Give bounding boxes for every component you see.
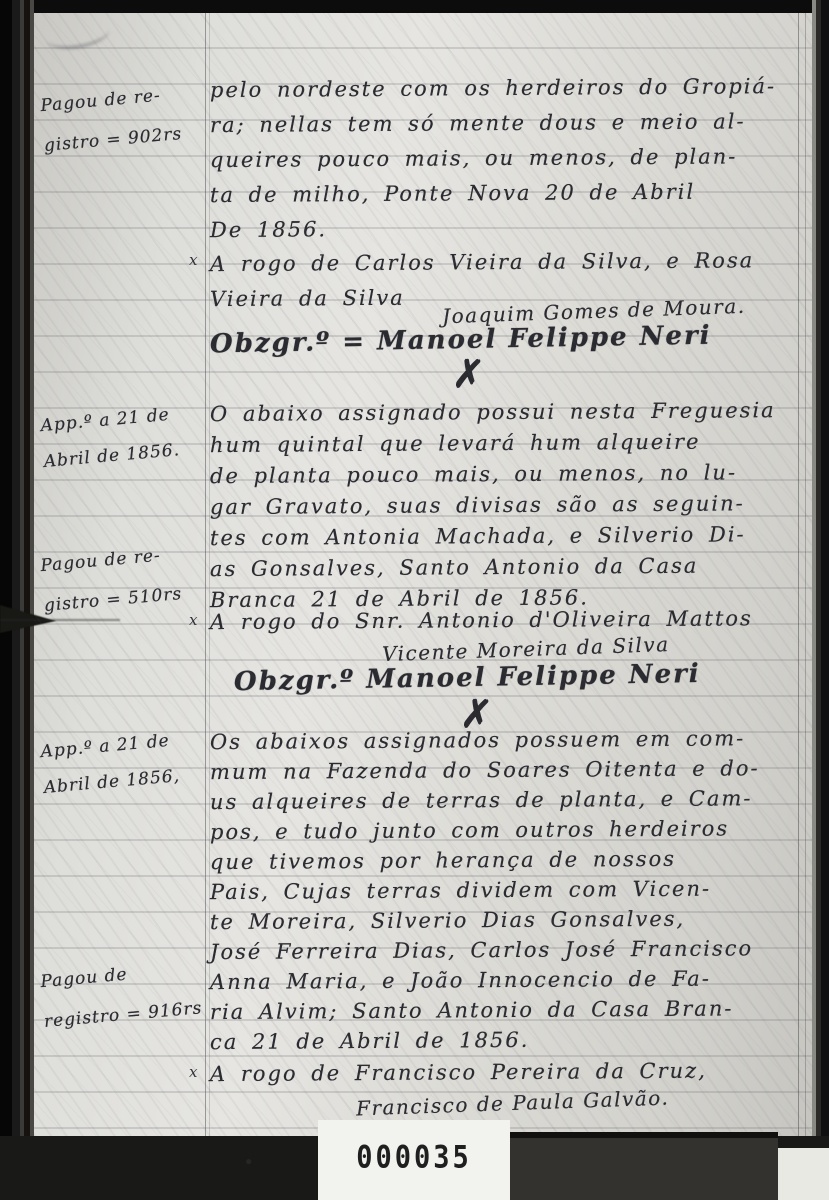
signature-cross-mark: x	[189, 611, 197, 629]
manuscript-line: ria Alvim; Santo Antonio da Casa Bran-	[210, 993, 806, 1027]
manuscript-line: Anna Maria, e João Innocencio de Fa-	[210, 963, 806, 997]
stamp-label: 000035	[318, 1120, 510, 1200]
manuscript-line: pos, e tudo junto com outros herdeiros	[210, 813, 806, 847]
manuscript-line: ta de milho, Ponte Nova 20 de Abril	[210, 174, 806, 213]
manuscript-line: us alqueires de terras de planta, e Cam-	[210, 783, 806, 817]
manuscript-line: pelo nordeste com os herdeiros do Gropiá…	[210, 69, 806, 108]
manuscript-line: ca 21 de Abril de 1856.	[210, 1023, 806, 1057]
signature-cross-mark: x	[189, 251, 197, 269]
margin-note-approved: App.º a 21 de Abril de 1856.	[39, 394, 207, 480]
manuscript-line: as Gonsalves, Santo Antonio da Casa	[210, 550, 806, 585]
scan-dark-block	[510, 1132, 778, 1200]
scanned-manuscript: Pagou de re- gistro = 902rs pelo nordest…	[0, 0, 829, 1200]
entry-2-rogo: A rogo do Snr. Antonio d'Oliveira Mattos	[210, 605, 806, 636]
manuscript-line: O abaixo assignado possui nesta Freguesi…	[210, 395, 806, 430]
faint-ink-mark	[44, 16, 112, 54]
manuscript-line: gar Gravato, suas divisas são as seguin-	[210, 488, 806, 523]
entry-1-body: pelo nordeste com os herdeiros do Gropiá…	[210, 71, 806, 246]
manuscript-line: hum quintal que levará hum alqueire	[210, 426, 806, 461]
book-spine-edge	[0, 0, 34, 1136]
manuscript-line: tes com Antonia Machada, e Silverio Di-	[210, 519, 806, 554]
manuscript-line: queires pouco mais, ou menos, de plan-	[210, 139, 806, 178]
margin-note-registro-510: Pagou de re- gistro = 510rs	[39, 532, 207, 626]
margin-note-approved: App.º a 21 de Abril de 1856,	[39, 720, 207, 806]
signature-cross-mark: x	[189, 1063, 197, 1081]
entry-3-body: Os abaixos assignados possuem em com- mu…	[210, 725, 806, 1055]
manuscript-line: mum na Fazenda do Soares Oitenta e do-	[210, 753, 806, 787]
manuscript-line: Os abaixos assignados possuem em com-	[210, 723, 806, 757]
manuscript-line: que tivemos por herança de nossos	[210, 843, 806, 877]
manuscript-page: Pagou de re- gistro = 902rs pelo nordest…	[34, 13, 812, 1136]
manuscript-line: de planta pouco mais, ou menos, no lu-	[210, 457, 806, 492]
witness-signature: Francisco de Paula Galvão.	[356, 1086, 670, 1121]
rogo-line: A rogo de Carlos Vieira da Silva, e Rosa	[210, 243, 806, 282]
manuscript-line: ra; nellas tem só mente dous e meio al-	[210, 104, 806, 143]
manuscript-line: De 1856.	[210, 209, 806, 248]
manuscript-line: te Moreira, Silverio Dias Gonsalves,	[210, 903, 806, 937]
page-stack-edge	[812, 0, 829, 1136]
rogo-line: A rogo do Snr. Antonio d'Oliveira Mattos	[210, 603, 806, 638]
scan-white-corner	[778, 1148, 829, 1200]
margin-note-registro-902: Pagou de re- gistro = 902rs	[39, 72, 207, 166]
margin-note-registro-916: Pagou de registro = 916rs	[39, 948, 207, 1042]
clerk-cross-mark: ✗	[451, 349, 486, 400]
rogo-line: A rogo de Francisco Pereira da Cruz,	[210, 1055, 806, 1089]
manuscript-line: José Ferreira Dias, Carlos José Francisc…	[210, 933, 806, 967]
entry-3-rogo: A rogo de Francisco Pereira da Cruz,	[210, 1057, 806, 1087]
stamp-number: 000035	[318, 1140, 510, 1176]
entry-2-body: O abaixo assignado possui nesta Freguesi…	[210, 397, 806, 614]
manuscript-line: Pais, Cujas terras dividem com Vicen-	[210, 873, 806, 907]
